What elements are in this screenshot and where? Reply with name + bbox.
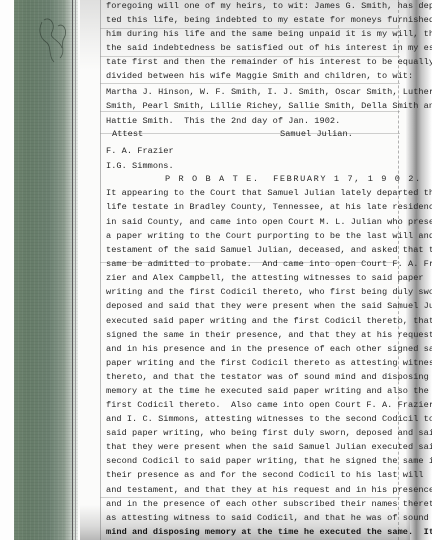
text-line: same be admitted to probate. And came in… (106, 259, 432, 270)
text-line: a paper writing to the Court purporting … (106, 231, 432, 242)
text-line: Hattie Smith. This the 2nd day of Jan. 1… (106, 116, 340, 127)
text-line: memory at the time he executed said pape… (106, 386, 429, 397)
left-page-margin (0, 0, 14, 540)
text-line: and in his presence and in the presence … (106, 344, 432, 355)
text-line: paper writing and the first Codicil ther… (106, 358, 432, 369)
margin-rule-outer (72, 0, 73, 540)
text-line: and testament, and that they at his requ… (106, 485, 432, 496)
text-line: mind and disposing memory at the time he… (106, 527, 432, 538)
text-line: divided between his wife Maggie Smith an… (106, 71, 413, 82)
text-line: and in the presence of each other subscr… (106, 499, 432, 510)
text-line: their presence as and for the second Cod… (106, 470, 424, 481)
text-line: Martha J. Hinson, W. F. Smith, I. J. Smi… (106, 87, 432, 98)
ruled-line (100, 133, 400, 134)
text-line: the said indebtedness be satisfied out o… (106, 43, 432, 54)
text-line: as attesting witness to said Codicil, an… (106, 513, 429, 524)
text-line: first Codicil thereto. Also came into op… (106, 400, 432, 411)
margin-rule-inner (75, 0, 76, 540)
testator-signature: Samuel Julian. (280, 129, 353, 140)
text-line: writing and the first Codicil thereto, w… (106, 287, 432, 298)
text-line: foregoing will one of my heirs, to wit: … (106, 1, 432, 12)
attest-label: Attest (112, 129, 143, 140)
text-line: that they were present when the said Sam… (106, 442, 432, 453)
text-line: tate first and then the remainder of his… (106, 57, 432, 68)
scanned-page: foregoing will one of my heirs, to wit: … (0, 0, 432, 540)
text-line: testament of the said Samuel Julian, dec… (106, 245, 432, 256)
text-line: deposed and said that they were present … (106, 301, 432, 312)
text-line: second Codicil to said paper writing, th… (106, 456, 432, 467)
witness-name: I.G. Simmons. (106, 161, 174, 172)
text-column-rule (100, 0, 101, 540)
witness-name: F. A. Frazier (106, 146, 174, 157)
text-line: ted this life, being indebted to my esta… (106, 15, 432, 26)
text-line: life testate in Bradley County, Tennesse… (106, 202, 432, 213)
margin-scribble-icon (34, 12, 74, 72)
text-line: Smith, Pearl Smith, Lillie Richey, Salli… (106, 101, 432, 112)
text-line: thereto, and that the testator was of so… (106, 372, 429, 383)
text-line: and I. C. Simmons, attesting witnesses t… (106, 414, 432, 425)
ruled-line (100, 83, 400, 84)
book-binding-edge (14, 0, 78, 540)
text-line: executed said paper writing and the firs… (106, 316, 432, 327)
text-line: signed the same in their presence, and t… (106, 330, 432, 341)
text-line: It appearing to the Court that Samuel Ju… (106, 188, 432, 199)
text-line: zier and Alex Campbell, the attesting wi… (106, 273, 424, 284)
ruled-line (100, 497, 400, 498)
text-line: said paper writing, who being first duly… (106, 428, 432, 439)
probate-heading: P R O B A T E. FEBRUARY 1 7, 1 9 0 2. (165, 174, 422, 185)
text-line: in said County, and came into open Court… (106, 217, 432, 228)
text-line: him during his life and the same being u… (106, 29, 432, 40)
